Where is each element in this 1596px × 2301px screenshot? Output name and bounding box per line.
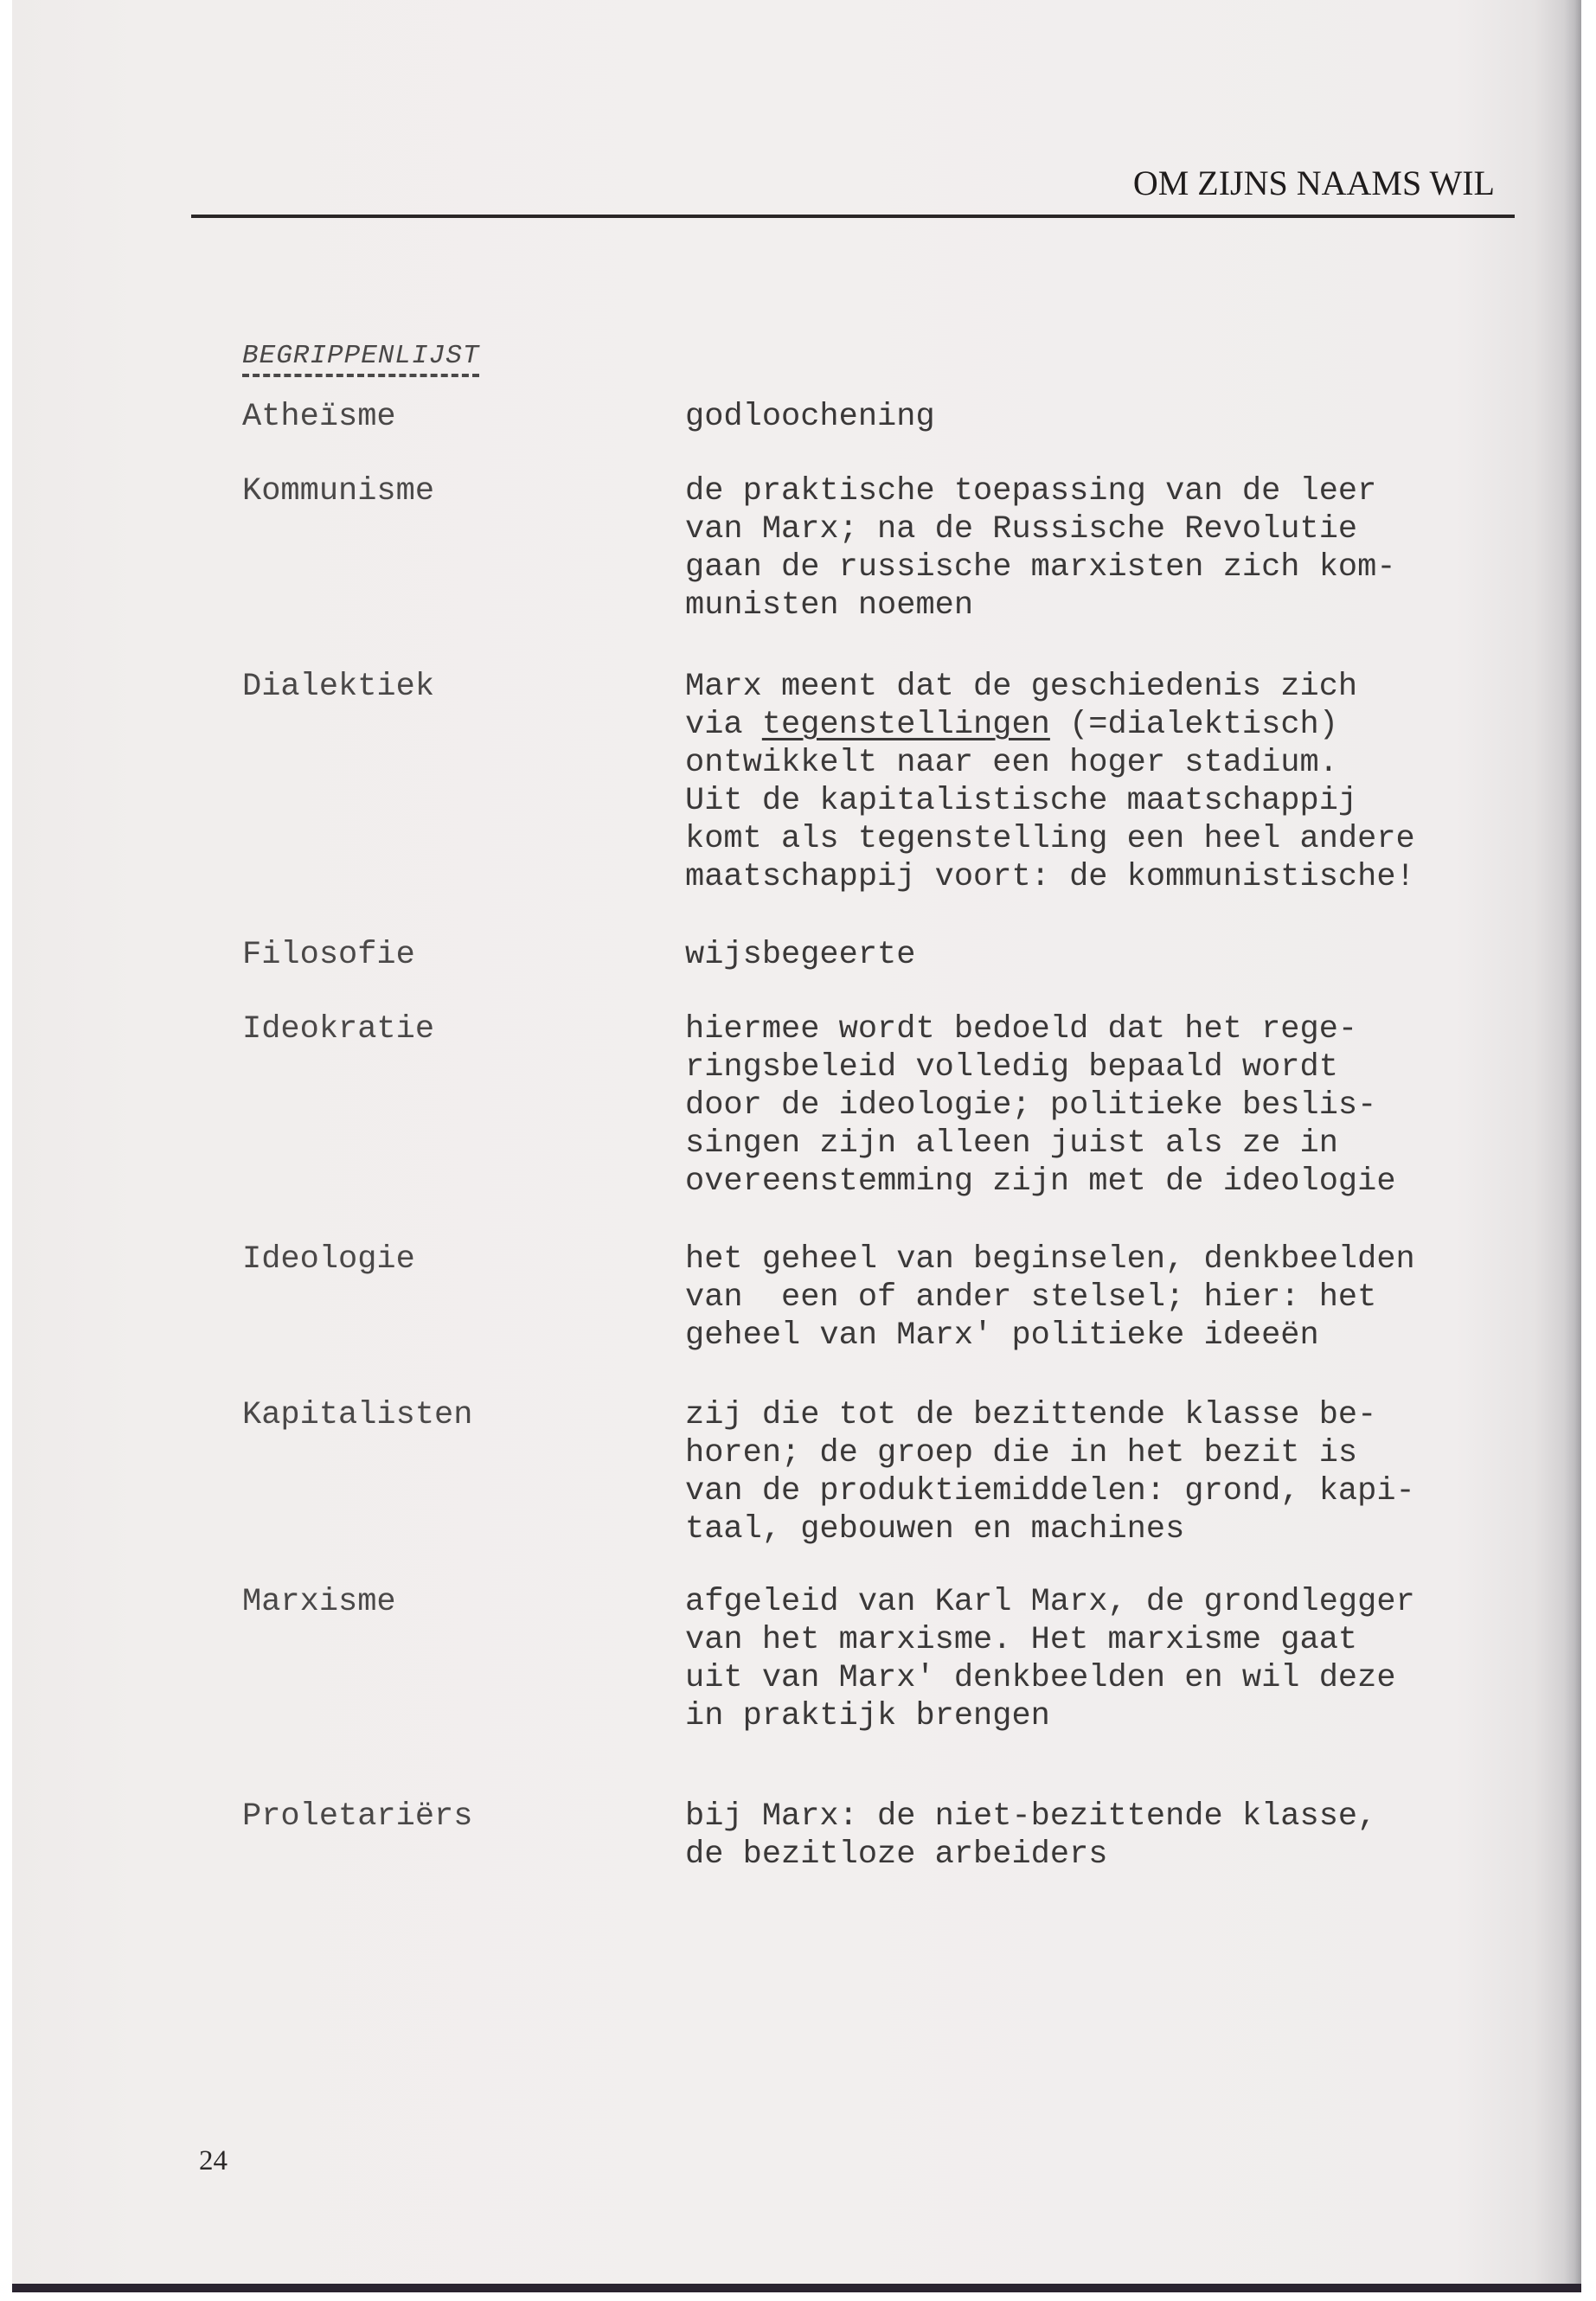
running-head-title: OM ZIJNS NAAMS WIL <box>1133 163 1495 203</box>
glossary-definition: Marx meent dat de geschiedenis zichvia t… <box>685 668 1464 896</box>
definition-line: afgeleid van Karl Marx, de grondlegger <box>685 1583 1464 1621</box>
glossary-definition: afgeleid van Karl Marx, de grondleggerva… <box>685 1583 1464 1735</box>
definition-line: via tegenstellingen (=dialektisch) <box>685 706 1464 744</box>
definition-line: wijsbegeerte <box>685 936 1464 974</box>
definition-line: ontwikkelt naar een hoger stadium. <box>685 744 1464 782</box>
definition-line: de praktische toepassing van de leer <box>685 472 1464 510</box>
definition-line: taal, gebouwen en machines <box>685 1510 1464 1548</box>
underlined-term: tegenstellingen <box>762 707 1050 743</box>
definition-line: van het marxisme. Het marxisme gaat <box>685 1621 1464 1659</box>
definition-line: geheel van Marx' politieke ideeën <box>685 1317 1464 1355</box>
page-number: 24 <box>199 2145 228 2177</box>
definition-line: het geheel van beginselen, denkbeelden <box>685 1240 1464 1279</box>
definition-line: Uit de kapitalistische maatschappij <box>685 782 1464 820</box>
glossary-definition: de praktische toepassing van de leervan … <box>685 472 1464 625</box>
glossary-term: Kapitalisten <box>242 1396 675 1434</box>
glossary-term: Atheïsme <box>242 398 675 436</box>
definition-line: godloochening <box>685 398 1464 436</box>
definition-line: de bezitloze arbeiders <box>685 1836 1464 1874</box>
definition-line: door de ideologie; politieke beslis- <box>685 1086 1464 1125</box>
definition-line: gaan de russische marxisten zich kom- <box>685 548 1464 586</box>
glossary-definition: zij die tot de bezittende klasse be-hore… <box>685 1396 1464 1548</box>
glossary-term: Filosofie <box>242 936 675 974</box>
definition-line: singen zijn alleen juist als ze in <box>685 1125 1464 1163</box>
glossary-term: Dialektiek <box>242 668 675 706</box>
definition-line: horen; de groep die in het bezit is <box>685 1434 1464 1472</box>
glossary-definition: hiermee wordt bedoeld dat het rege-rings… <box>685 1010 1464 1201</box>
definition-line: ringsbeleid volledig bepaald wordt <box>685 1048 1464 1086</box>
definition-line: komt als tegenstelling een heel andere <box>685 820 1464 858</box>
glossary-term: Marxisme <box>242 1583 675 1621</box>
glossary-term: Proletariërs <box>242 1798 675 1836</box>
glossary-term: Ideologie <box>242 1240 675 1279</box>
definition-line: van Marx; na de Russische Revolutie <box>685 510 1464 548</box>
glossary-definition: het geheel van beginselen, denkbeeldenva… <box>685 1240 1464 1355</box>
glossary-definition: wijsbegeerte <box>685 936 1464 974</box>
definition-line: overeenstemming zijn met de ideologie <box>685 1163 1464 1201</box>
glossary-term: Ideokratie <box>242 1010 675 1048</box>
page-bottom-edge <box>12 2284 1581 2292</box>
definition-line: hiermee wordt bedoeld dat het rege- <box>685 1010 1464 1048</box>
page-edge-shadow <box>1564 0 1581 2292</box>
glossary-term: Kommunisme <box>242 472 675 510</box>
definition-line: van een of ander stelsel; hier: het <box>685 1279 1464 1317</box>
glossary: BEGRIPPENLIJST AtheïsmegodloocheningKomm… <box>242 341 1453 377</box>
glossary-definition: bij Marx: de niet-bezittende klasse,de b… <box>685 1798 1464 1874</box>
definition-line: maatschappij voort: de kommunistische! <box>685 858 1464 896</box>
book-page: OM ZIJNS NAAMS WIL BEGRIPPENLIJST Atheïs… <box>12 0 1581 2292</box>
glossary-title: BEGRIPPENLIJST <box>242 341 479 377</box>
definition-line: in praktijk brengen <box>685 1697 1464 1735</box>
definition-line: uit van Marx' denkbeelden en wil deze <box>685 1659 1464 1697</box>
header-rule <box>191 215 1515 218</box>
definition-line: zij die tot de bezittende klasse be- <box>685 1396 1464 1434</box>
definition-line: Marx meent dat de geschiedenis zich <box>685 668 1464 706</box>
definition-line: munisten noemen <box>685 586 1464 625</box>
glossary-definition: godloochening <box>685 398 1464 436</box>
definition-line: bij Marx: de niet-bezittende klasse, <box>685 1798 1464 1836</box>
definition-line: van de produktiemiddelen: grond, kapi- <box>685 1472 1464 1510</box>
